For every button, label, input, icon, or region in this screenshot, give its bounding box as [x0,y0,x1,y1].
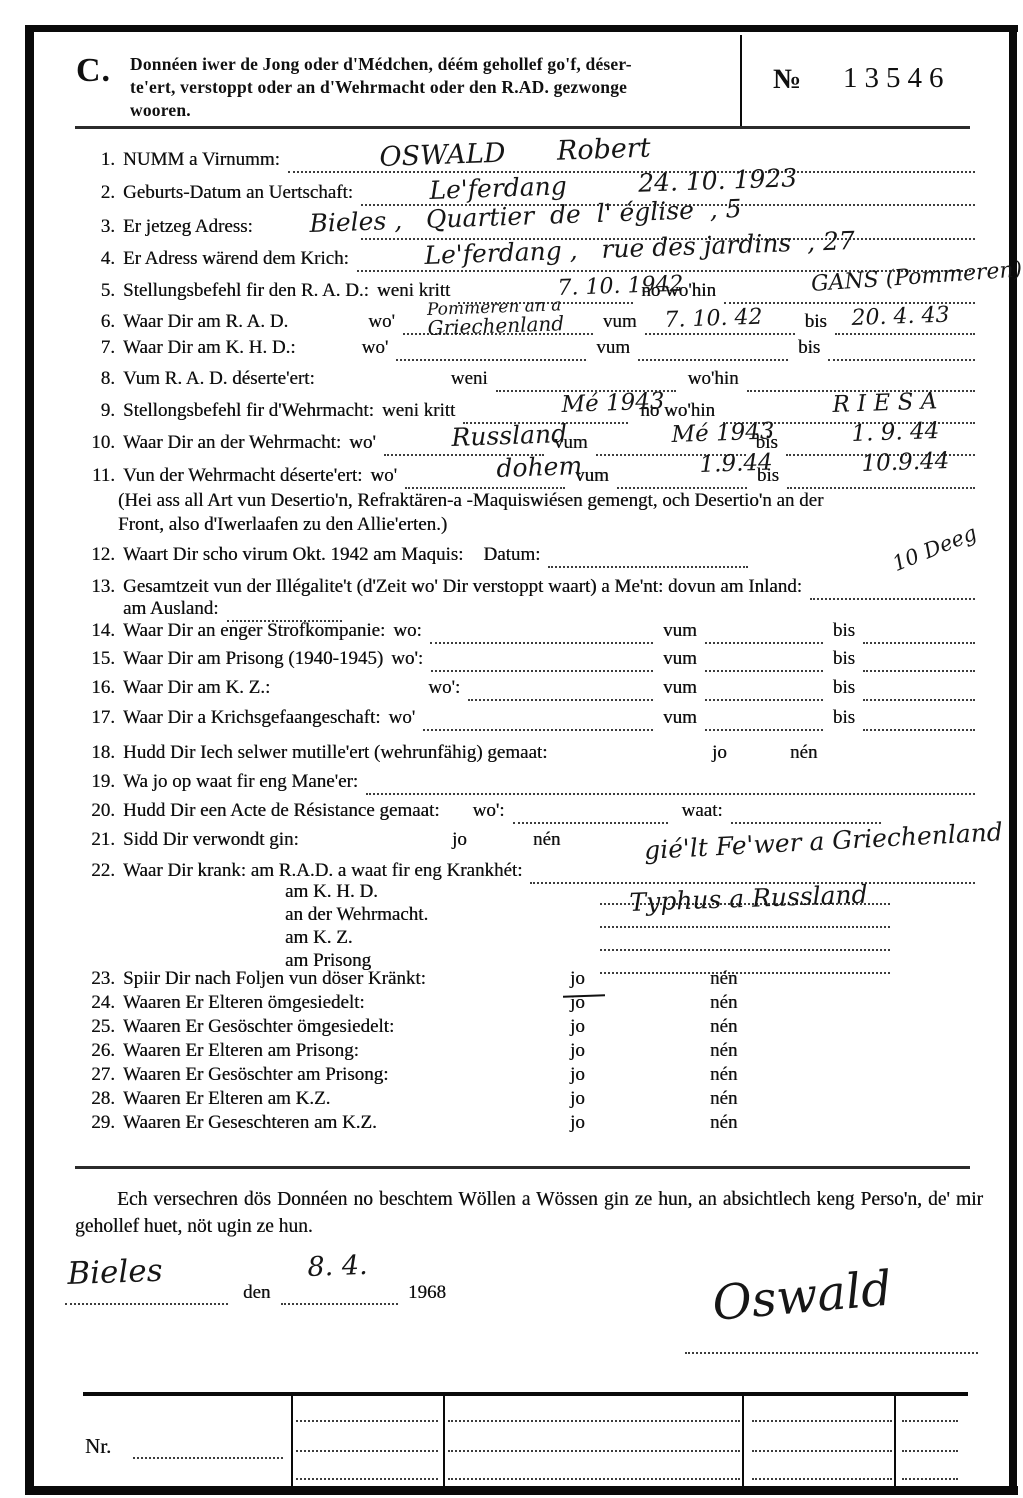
field-label: Waaren Er Gesöschter ömgesiedelt: [123,1016,402,1040]
field-label: Er Adress wärend dem Krich: [123,248,357,272]
row-number: 24. [85,992,115,1016]
handwritten-signature: Oswald [710,1261,894,1332]
declaration-text: Ech versechren dös Donnéen no beschtem W… [75,1186,983,1240]
row-20: 20. Hudd Dir een Acte de Résistance gema… [85,798,975,824]
option-jo: jo [570,1112,585,1134]
row-number: 26. [85,1040,115,1064]
frame-bottom [25,1486,1018,1495]
row-25: 25. Waaren Er Gesöschter ömgesiedelt: jo… [85,1014,975,1040]
field-label: wo' [368,311,403,335]
dotted-line [863,665,975,672]
form-document: C. Donnéen iwer de Jong oder d'Médchen, … [0,0,1023,1498]
dotted-line [405,482,565,489]
field-label: Waaren Er Elteren ömgesiedelt: [123,992,373,1016]
dotted-line [431,665,653,672]
table-top-border [83,1392,968,1396]
header-divider [740,35,742,126]
note-line: Front, also d'Iwerlaafen zu den Allie'er… [118,513,986,537]
row-number: 25. [85,1016,115,1040]
field-label: Stellungsbefehl fir den R. A. D.: [123,280,377,304]
field-label: waat: [668,800,731,824]
option-jo: jo [570,1088,585,1110]
handwritten-entry: 7. 10. 42 [664,305,763,333]
field-label: wo'hin [676,368,747,392]
row-24: 24. Waaren Er Elteren ömgesiedelt: jo né… [85,990,975,1016]
row-number: 5. [85,280,115,304]
dotted-line [296,1448,438,1452]
handwritten-entry: 10.9.44 [861,448,950,477]
table-divider [443,1392,445,1487]
row-23: 23. Spiir Dir nach Foljen vun döser Krän… [85,966,975,992]
field-label: bis [788,337,828,361]
row-15: 15. Waar Dir am Prisong (1940-1945) wo':… [85,646,975,672]
field-label: vum [653,620,705,644]
option-nen: nén [710,1040,737,1062]
option-nen: nén [710,992,737,1014]
field-label: vum [653,648,705,672]
handwritten-entry: dohem [496,451,583,483]
header-line-3: wooren. [130,99,722,122]
frame-top [25,25,1018,32]
field-label: Waar Dir am R. A. D. [123,311,296,335]
field-label: Waaren Er Elteren am Prisong: [123,1040,367,1064]
frame-left [25,25,34,1494]
dotted-line [705,637,823,644]
row-18: 18. Hudd Dir Iech selwer mutille'ert (we… [85,740,975,766]
table-divider [742,1392,744,1487]
dotted-line [787,482,975,489]
header-description: Donnéen iwer de Jong oder d'Médchen, déé… [130,53,722,122]
row-29: 29. Waaren Er Geseschteren am K.Z. jo né… [85,1110,975,1136]
dotted-line [752,1448,892,1452]
option-nen: nén [710,1112,737,1134]
row-number: 18. [85,742,115,766]
row-26: 26. Waaren Er Elteren am Prisong: jo nén [85,1038,975,1064]
handwritten-entry: Russland [451,419,568,452]
row-number: 14. [85,620,115,644]
dotted-line [423,724,653,731]
option-nen: nén [790,742,817,764]
handwritten-place: Bieles [67,1253,163,1292]
handwritten-entry: 1. 9. 44 [851,418,940,447]
row-number: 15. [85,648,115,672]
den-label: den [243,1282,270,1304]
row-number: 11. [85,465,115,489]
field-label: bis [823,648,863,672]
dotted-line [281,1301,398,1305]
field-label: weni [451,368,496,392]
field-label: wo': [391,648,431,672]
dotted-line [366,788,975,795]
row-19: 19. Wa jo op waat fir eng Mane'er: [85,769,975,795]
dotted-line [448,1476,740,1480]
row-number: 10. [85,432,115,456]
row-number: 27. [85,1064,115,1088]
field-label: Stellongsbefehl fir d'Wehrmacht: [123,400,382,424]
dotted-line [828,354,975,361]
field-label: vum [653,707,705,731]
row-number: 3. [85,216,115,240]
field-label: Waar Dir am K. H. D.: [123,337,304,361]
field-label: Spiir Dir nach Foljen vun döser Kränkt: [123,968,434,992]
option-nen: nén [710,1064,737,1086]
row-7: 7. Waar Dir am K. H. D.: wo' vum bis [85,335,975,361]
handwritten-entry: R I E S A [832,388,938,418]
note-line: (Hei ass all Art vun Desertio'n, Refrakt… [118,489,986,513]
nr-label: Nr. [85,1434,111,1459]
field-label: Waar Dir an der Wehrmacht: [123,432,349,456]
row-number: 28. [85,1088,115,1112]
row-number: 6. [85,311,115,335]
field-label: Waaren Er Geseschteren am K.Z. [123,1112,385,1136]
row-number: 29. [85,1112,115,1136]
row-8: 8. Vum R. A. D. déserte'ert: weni wo'hin [85,366,975,392]
dotted-line [752,1418,892,1422]
field-label: Wa jo op waat fir eng Mane'er: [123,771,366,795]
section-letter: C. [76,52,111,90]
handwritten-entry: 1.9.44 [699,449,773,478]
option-jo: jo [570,992,585,1014]
dotted-line [863,694,975,701]
dotted-line [65,1301,228,1305]
dotted-line [513,817,668,824]
option-nen: nén [710,1088,737,1110]
field-label: vum [653,677,705,701]
footer-rule [75,1166,970,1169]
field-label: wo' [362,337,397,361]
field-label: bis [823,620,863,644]
field-label: wo': [473,800,513,824]
field-label: vum [593,311,645,335]
dotted-line [448,1448,740,1452]
option-jo: jo [570,1064,585,1086]
dotted-line [863,637,975,644]
field-label: vum [586,337,638,361]
field-label: Waart Dir scho virum Okt. 1942 am Maquis… [123,544,471,568]
field-label: weni kritt [382,400,463,424]
field-label: wo' [349,432,384,456]
option-jo: jo [570,1016,585,1038]
field-label: wo' [388,707,423,731]
handwritten-date: 8. 4. [307,1250,368,1283]
handwritten-entry: 20. 4. 43 [851,303,950,331]
row-number: 7. [85,337,115,361]
field-label: wo' [370,465,405,489]
row-number: 19. [85,771,115,795]
dotted-line [902,1448,958,1452]
handwritten-entry: Pommeren an aGriechenland [427,296,565,339]
table-divider [894,1392,896,1487]
field-label: Waar Dir a Krichsgefaangeschaft: [123,707,388,731]
row-number: 8. [85,368,115,392]
field-label: Hudd Dir een Acte de Résistance gemaat: [123,800,448,824]
option-jo: jo [570,1040,585,1062]
field-label: bis [823,707,863,731]
field-label: Hudd Dir Iech selwer mutille'ert (wehrun… [123,742,555,766]
option-jo: jo [570,968,585,990]
field-label: wo': [428,677,468,701]
dotted-line [705,724,823,731]
row-11-note: (Hei ass all Art vun Desertio'n, Refrakt… [118,489,986,536]
row-16: 16. Waar Dir am K. Z.: wo': vum bis [85,675,975,701]
field-label: Geburts-Datum an Uertschaft: [123,182,361,206]
handwritten-entry: 7. 10. 1942 [557,272,684,301]
handwritten-entry: Mé 1943 [561,388,665,418]
option-nen: nén [533,829,560,851]
dotted-line [133,1455,283,1459]
row-12: 12. Waart Dir scho virum Okt. 1942 am Ma… [85,542,975,568]
field-label: Er jetzeg Adress: [123,216,261,240]
dotted-line [296,1476,438,1480]
field-label: NUMM a Virnumm: [123,149,288,173]
dotted-line [863,724,975,731]
dotted-line [430,637,653,644]
row-number: 9. [85,400,115,424]
field-label: 4. [85,248,115,272]
row-number: 20. [85,800,115,824]
form-number: 13546 [843,62,951,95]
option-nen: nén [710,1016,737,1038]
dotted-line [617,482,747,489]
dotted-line [902,1476,958,1480]
row-number: 2. [85,182,115,206]
row-number: 21. [85,829,115,853]
dotted-line [638,354,788,361]
row-number: 12. [85,544,115,568]
field-label: bis [795,311,835,335]
option-jo: jo [452,829,467,851]
dotted-line [548,561,748,568]
field-label: Waar Dir am Prisong (1940-1945) [123,648,391,672]
field-label: Vum R. A. D. déserte'ert: [123,368,323,392]
header-line-1: Donnéen iwer de Jong oder d'Médchen, déé… [130,53,722,76]
field-label: Datum: [483,544,548,568]
field-label: wo: [393,620,430,644]
row-14: 14. Waar Dir an enger Strofkompanie: wo:… [85,618,975,644]
year-label: 1968 [408,1282,446,1304]
row-number: 23. [85,968,115,992]
frame-right [1009,25,1017,1494]
row-28: 28. Waaren Er Elteren am K.Z. jo nén [85,1086,975,1112]
dotted-line [448,1418,740,1422]
field-label: Vun der Wehrmacht déserte'ert: [123,465,370,489]
handwritten-entry: Mé 1943 [671,418,775,448]
dotted-line [296,1418,438,1422]
field-label: Waaren Er Gesöschter am Prisong: [123,1064,396,1088]
dotted-line [468,694,653,701]
row-17: 17. Waar Dir a Krichsgefaangeschaft: wo'… [85,705,975,731]
row-number: 1. [85,149,115,173]
dotted-line [902,1418,958,1422]
field-label: bis [823,677,863,701]
table-divider [291,1392,293,1487]
header-rule [75,126,970,129]
dotted-line [705,694,823,701]
dotted-line [731,817,881,824]
field-label: Waar Dir an enger Strofkompanie: [123,620,393,644]
field-label: Waar Dir am K. Z.: [123,677,278,701]
dotted-line [752,1476,892,1480]
row-27: 27. Waaren Er Gesöschter am Prisong: jo … [85,1062,975,1088]
field-label: Sidd Dir verwondt gin: [123,829,307,853]
number-sign: № [773,64,801,96]
row-number: 16. [85,677,115,701]
option-jo: jo [712,742,727,764]
dotted-line [705,665,823,672]
option-nen: nén [710,968,737,990]
dotted-line [685,1350,978,1354]
header-line-2: te'ert, verstoppt oder an d'Wehrmacht od… [130,76,722,99]
field-label: Waaren Er Elteren am K.Z. [123,1088,338,1112]
row-number: 17. [85,707,115,731]
dotted-line [396,354,586,361]
